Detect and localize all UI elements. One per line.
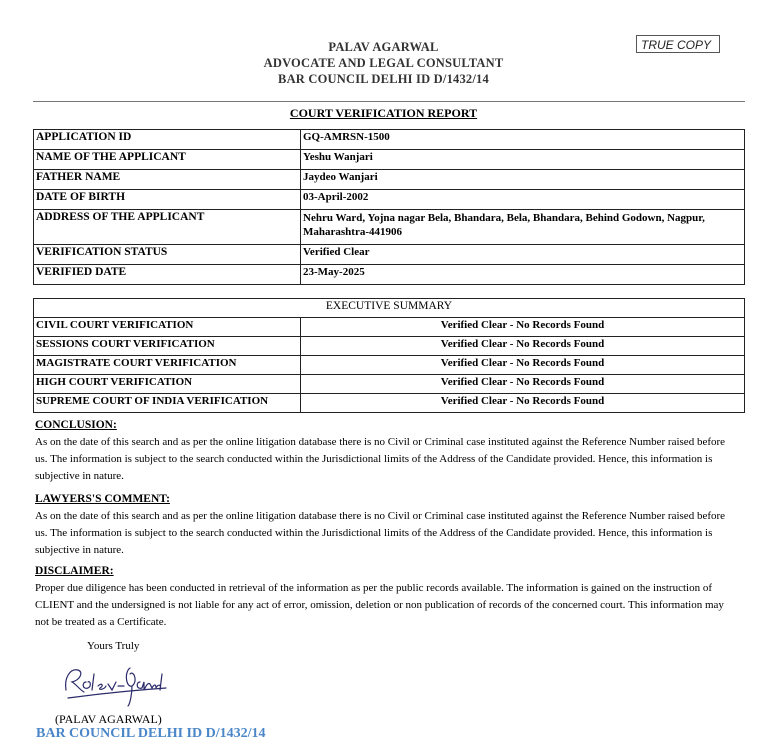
table-row: ADDRESS OF THE APPLICANTNehru Ward, Yojn…	[34, 210, 745, 245]
row-value: Verified Clear	[301, 245, 745, 265]
lawyers-comment-section: LAWYERS'S COMMENT: As on the date of thi…	[35, 491, 735, 559]
row-value: Verified Clear - No Records Found	[301, 356, 745, 375]
disclaimer-text: Proper due diligence has been conducted …	[35, 580, 735, 631]
summary-title: EXECUTIVE SUMMARY	[34, 299, 745, 318]
executive-summary-table: EXECUTIVE SUMMARY CIVIL COURT VERIFICATI…	[33, 298, 745, 413]
row-value: Verified Clear - No Records Found	[301, 394, 745, 413]
table-row: SUPREME COURT OF INDIA VERIFICATIONVerif…	[34, 394, 745, 413]
table-row: CIVIL COURT VERIFICATIONVerified Clear -…	[34, 318, 745, 337]
table-row: FATHER NAMEJaydeo Wanjari	[34, 170, 745, 190]
applicant-info-table: APPLICATION IDGQ-AMRSN-1500 NAME OF THE …	[33, 129, 745, 285]
signatory-name: (PALAV AGARWAL)	[55, 712, 162, 727]
row-label: APPLICATION ID	[34, 130, 301, 150]
row-value: 03-April-2002	[301, 190, 745, 210]
row-label: VERIFIED DATE	[34, 265, 301, 285]
row-value: 23-May-2025	[301, 265, 745, 285]
table-row: SESSIONS COURT VERIFICATIONVerified Clea…	[34, 337, 745, 356]
table-row: NAME OF THE APPLICANTYeshu Wanjari	[34, 150, 745, 170]
table-header-row: EXECUTIVE SUMMARY	[34, 299, 745, 318]
advocate-designation: ADVOCATE AND LEGAL CONSULTANT	[0, 56, 767, 71]
row-value: Verified Clear - No Records Found	[301, 318, 745, 337]
table-row: DATE OF BIRTH03-April-2002	[34, 190, 745, 210]
row-label: CIVIL COURT VERIFICATION	[34, 318, 301, 337]
lawyers-comment-text: As on the date of this search and as per…	[35, 508, 735, 559]
row-value: Verified Clear - No Records Found	[301, 375, 745, 394]
row-label: VERIFICATION STATUS	[34, 245, 301, 265]
row-value: Yeshu Wanjari	[301, 150, 745, 170]
conclusion-heading: CONCLUSION:	[35, 417, 735, 434]
header-divider	[33, 101, 745, 102]
table-row: VERIFIED DATE23-May-2025	[34, 265, 745, 285]
table-row: APPLICATION IDGQ-AMRSN-1500	[34, 130, 745, 150]
report-title: COURT VERIFICATION REPORT	[0, 106, 767, 121]
row-label: FATHER NAME	[34, 170, 301, 190]
true-copy-stamp: TRUE COPY	[636, 35, 720, 53]
table-row: VERIFICATION STATUSVerified Clear	[34, 245, 745, 265]
conclusion-section: CONCLUSION: As on the date of this searc…	[35, 417, 735, 485]
table-row: MAGISTRATE COURT VERIFICATIONVerified Cl…	[34, 356, 745, 375]
row-label: MAGISTRATE COURT VERIFICATION	[34, 356, 301, 375]
row-label: ADDRESS OF THE APPLICANT	[34, 210, 301, 245]
row-value: Nehru Ward, Yojna nagar Bela, Bhandara, …	[301, 210, 745, 245]
row-label: DATE OF BIRTH	[34, 190, 301, 210]
row-value: GQ-AMRSN-1500	[301, 130, 745, 150]
row-value: Jaydeo Wanjari	[301, 170, 745, 190]
row-label: SESSIONS COURT VERIFICATION	[34, 337, 301, 356]
table-row: HIGH COURT VERIFICATIONVerified Clear - …	[34, 375, 745, 394]
row-label: SUPREME COURT OF INDIA VERIFICATION	[34, 394, 301, 413]
signature-image	[58, 660, 168, 710]
lawyers-comment-heading: LAWYERS'S COMMENT:	[35, 491, 735, 508]
conclusion-text: As on the date of this search and as per…	[35, 434, 735, 485]
row-label: HIGH COURT VERIFICATION	[34, 375, 301, 394]
row-value: Verified Clear - No Records Found	[301, 337, 745, 356]
signatory-bar-id: BAR COUNCIL DELHI ID D/1432/14	[36, 726, 265, 742]
advocate-bar-id: BAR COUNCIL DELHI ID D/1432/14	[0, 72, 767, 87]
row-label: NAME OF THE APPLICANT	[34, 150, 301, 170]
disclaimer-heading: DISCLAIMER:	[35, 563, 735, 580]
disclaimer-section: DISCLAIMER: Proper due diligence has bee…	[35, 563, 735, 631]
closing-text: Yours Truly	[87, 640, 139, 652]
